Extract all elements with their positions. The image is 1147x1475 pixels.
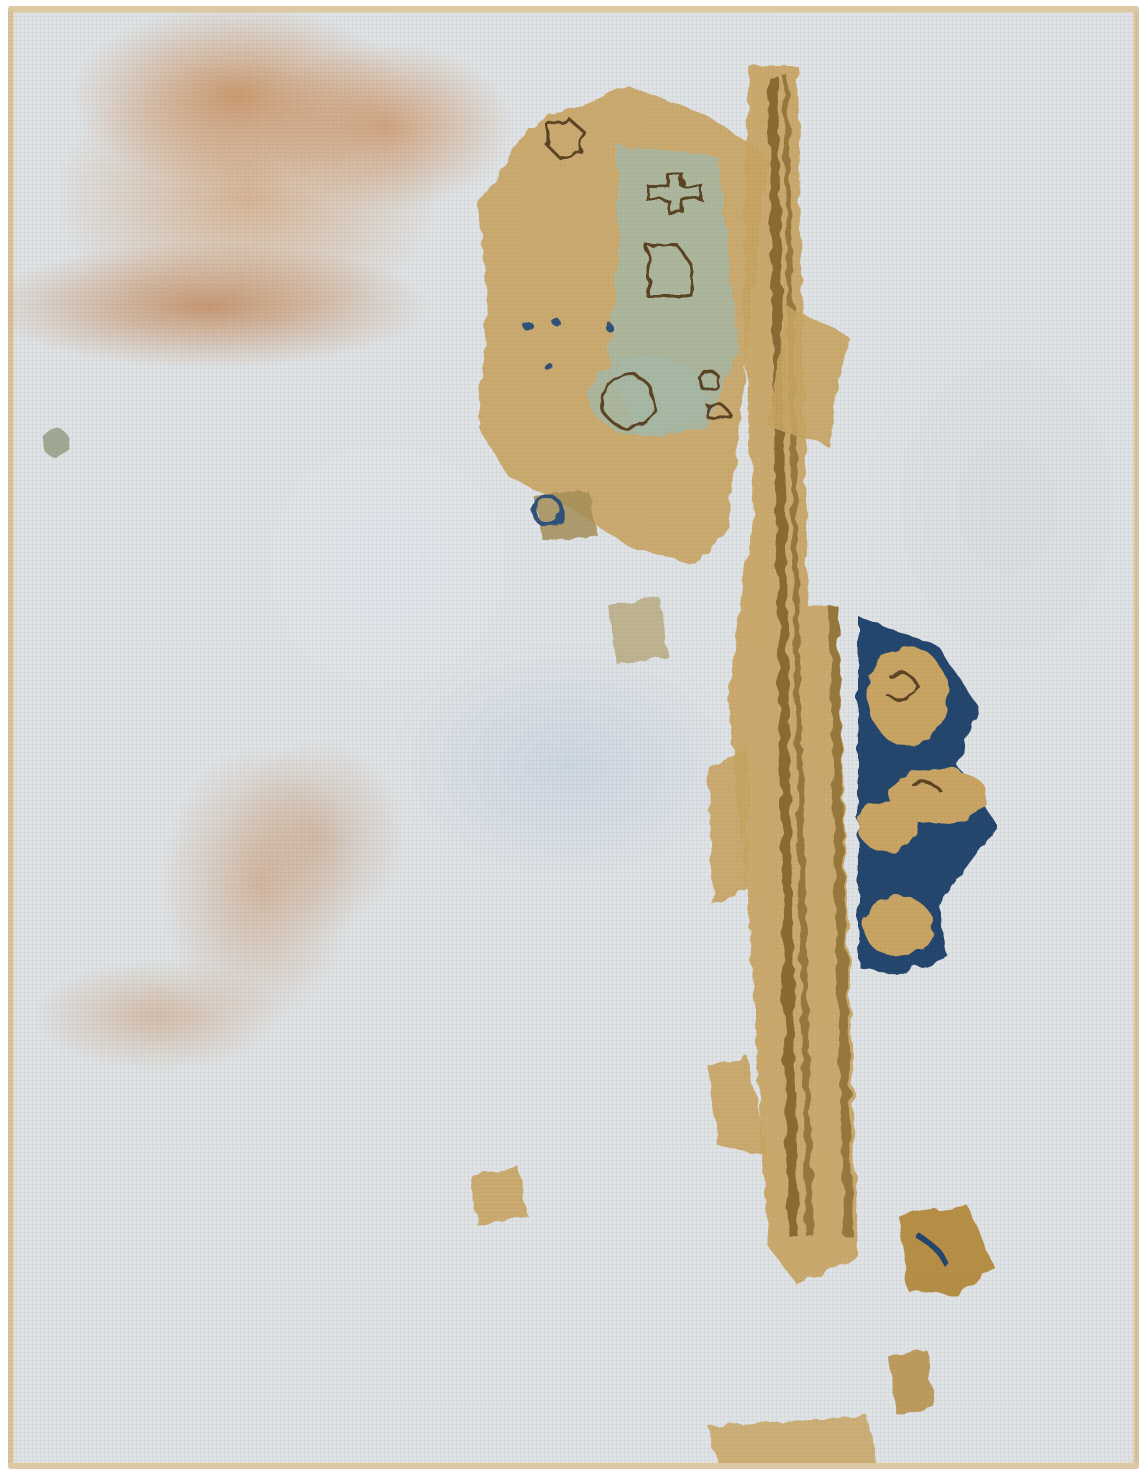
top-edge-binding: [8, 6, 1139, 12]
weave-texture: [8, 6, 1139, 1469]
rug-photo: [8, 6, 1139, 1469]
bottom-edge-binding: [8, 1463, 1139, 1469]
